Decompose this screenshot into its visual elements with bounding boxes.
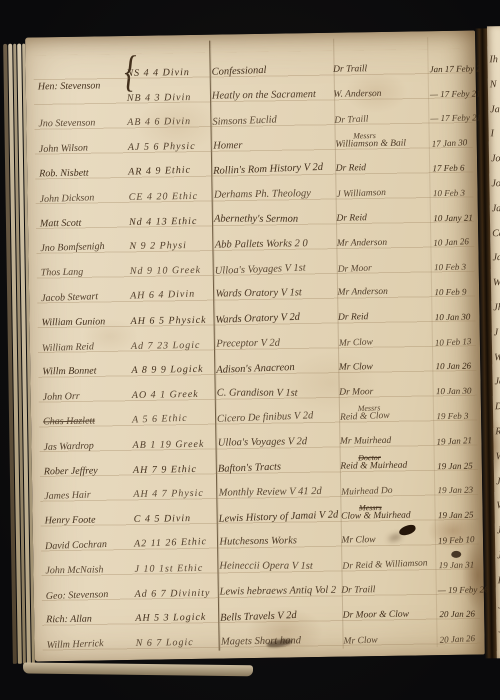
facing-page-fragment: Ih: [487, 48, 500, 73]
facing-page-fragment: J: [492, 321, 500, 346]
facing-page-fragment: R: [493, 420, 500, 445]
professor-superscript: Messrs: [353, 132, 376, 140]
shelf-code: AH 6 4 Divin: [130, 289, 212, 302]
borrower-name: Willm Herrick: [42, 638, 135, 651]
facing-page-fragment: Jo: [492, 370, 500, 395]
facing-page-fragment: Ja: [496, 594, 500, 619]
facing-page-fragment: W: [491, 271, 500, 296]
professor-name: Mr Clow: [341, 634, 440, 647]
facing-page-fragment: N: [488, 73, 500, 98]
facing-page-fragment: Ro: [495, 569, 500, 594]
shelf-code: A2 11 26 Ethic: [134, 537, 216, 550]
facing-page-fragment: Ja: [488, 98, 500, 123]
facing-page-fragment: Ja: [490, 246, 500, 271]
professor-superscript: Messrs: [357, 405, 380, 414]
facing-page-fragment: Ja: [490, 197, 500, 222]
shelf-code: AR 4 9 Ethic: [128, 165, 210, 178]
facing-page-fragment: Jo: [495, 544, 500, 569]
facing-page-fragment: D: [493, 395, 500, 420]
professor-superscript: Doctor: [358, 454, 381, 462]
facing-page-fragment: Ja: [495, 519, 500, 544]
shelf-code: A 5 6 Ethic: [132, 413, 214, 426]
facing-page-fragment: W: [494, 494, 500, 519]
shelf-code: N 6 7 Logic: [136, 638, 217, 649]
facing-page-fragment: Wh: [494, 445, 500, 470]
facing-page-fragment: Joh: [489, 172, 500, 197]
date-value: 20 Jan 26: [440, 634, 481, 645]
photo-backdrop: { Hen: Stevenson NS 4 4 Divin Confession…: [0, 0, 500, 700]
facing-page-fragment: Wh: [492, 346, 500, 371]
register-rows: Hen: Stevenson NS 4 4 Divin Confessional…: [33, 49, 480, 652]
page-bottom-edge: [23, 662, 253, 676]
facing-page-fragment: I: [488, 122, 500, 147]
facing-page-fragment: Ca: [490, 222, 500, 247]
facing-page-fragment: Jh: [491, 296, 500, 321]
facing-page-fragment: Ja: [494, 470, 500, 495]
professor-superscript: Messrs: [359, 504, 382, 512]
ledger-book: { Hen: Stevenson NS 4 4 Divin Confession…: [3, 30, 500, 670]
facing-page-fragment: J: [496, 618, 500, 643]
facing-page-fragment: Joh: [489, 147, 500, 172]
left-page: { Hen: Stevenson NS 4 4 Divin Confession…: [25, 31, 485, 662]
